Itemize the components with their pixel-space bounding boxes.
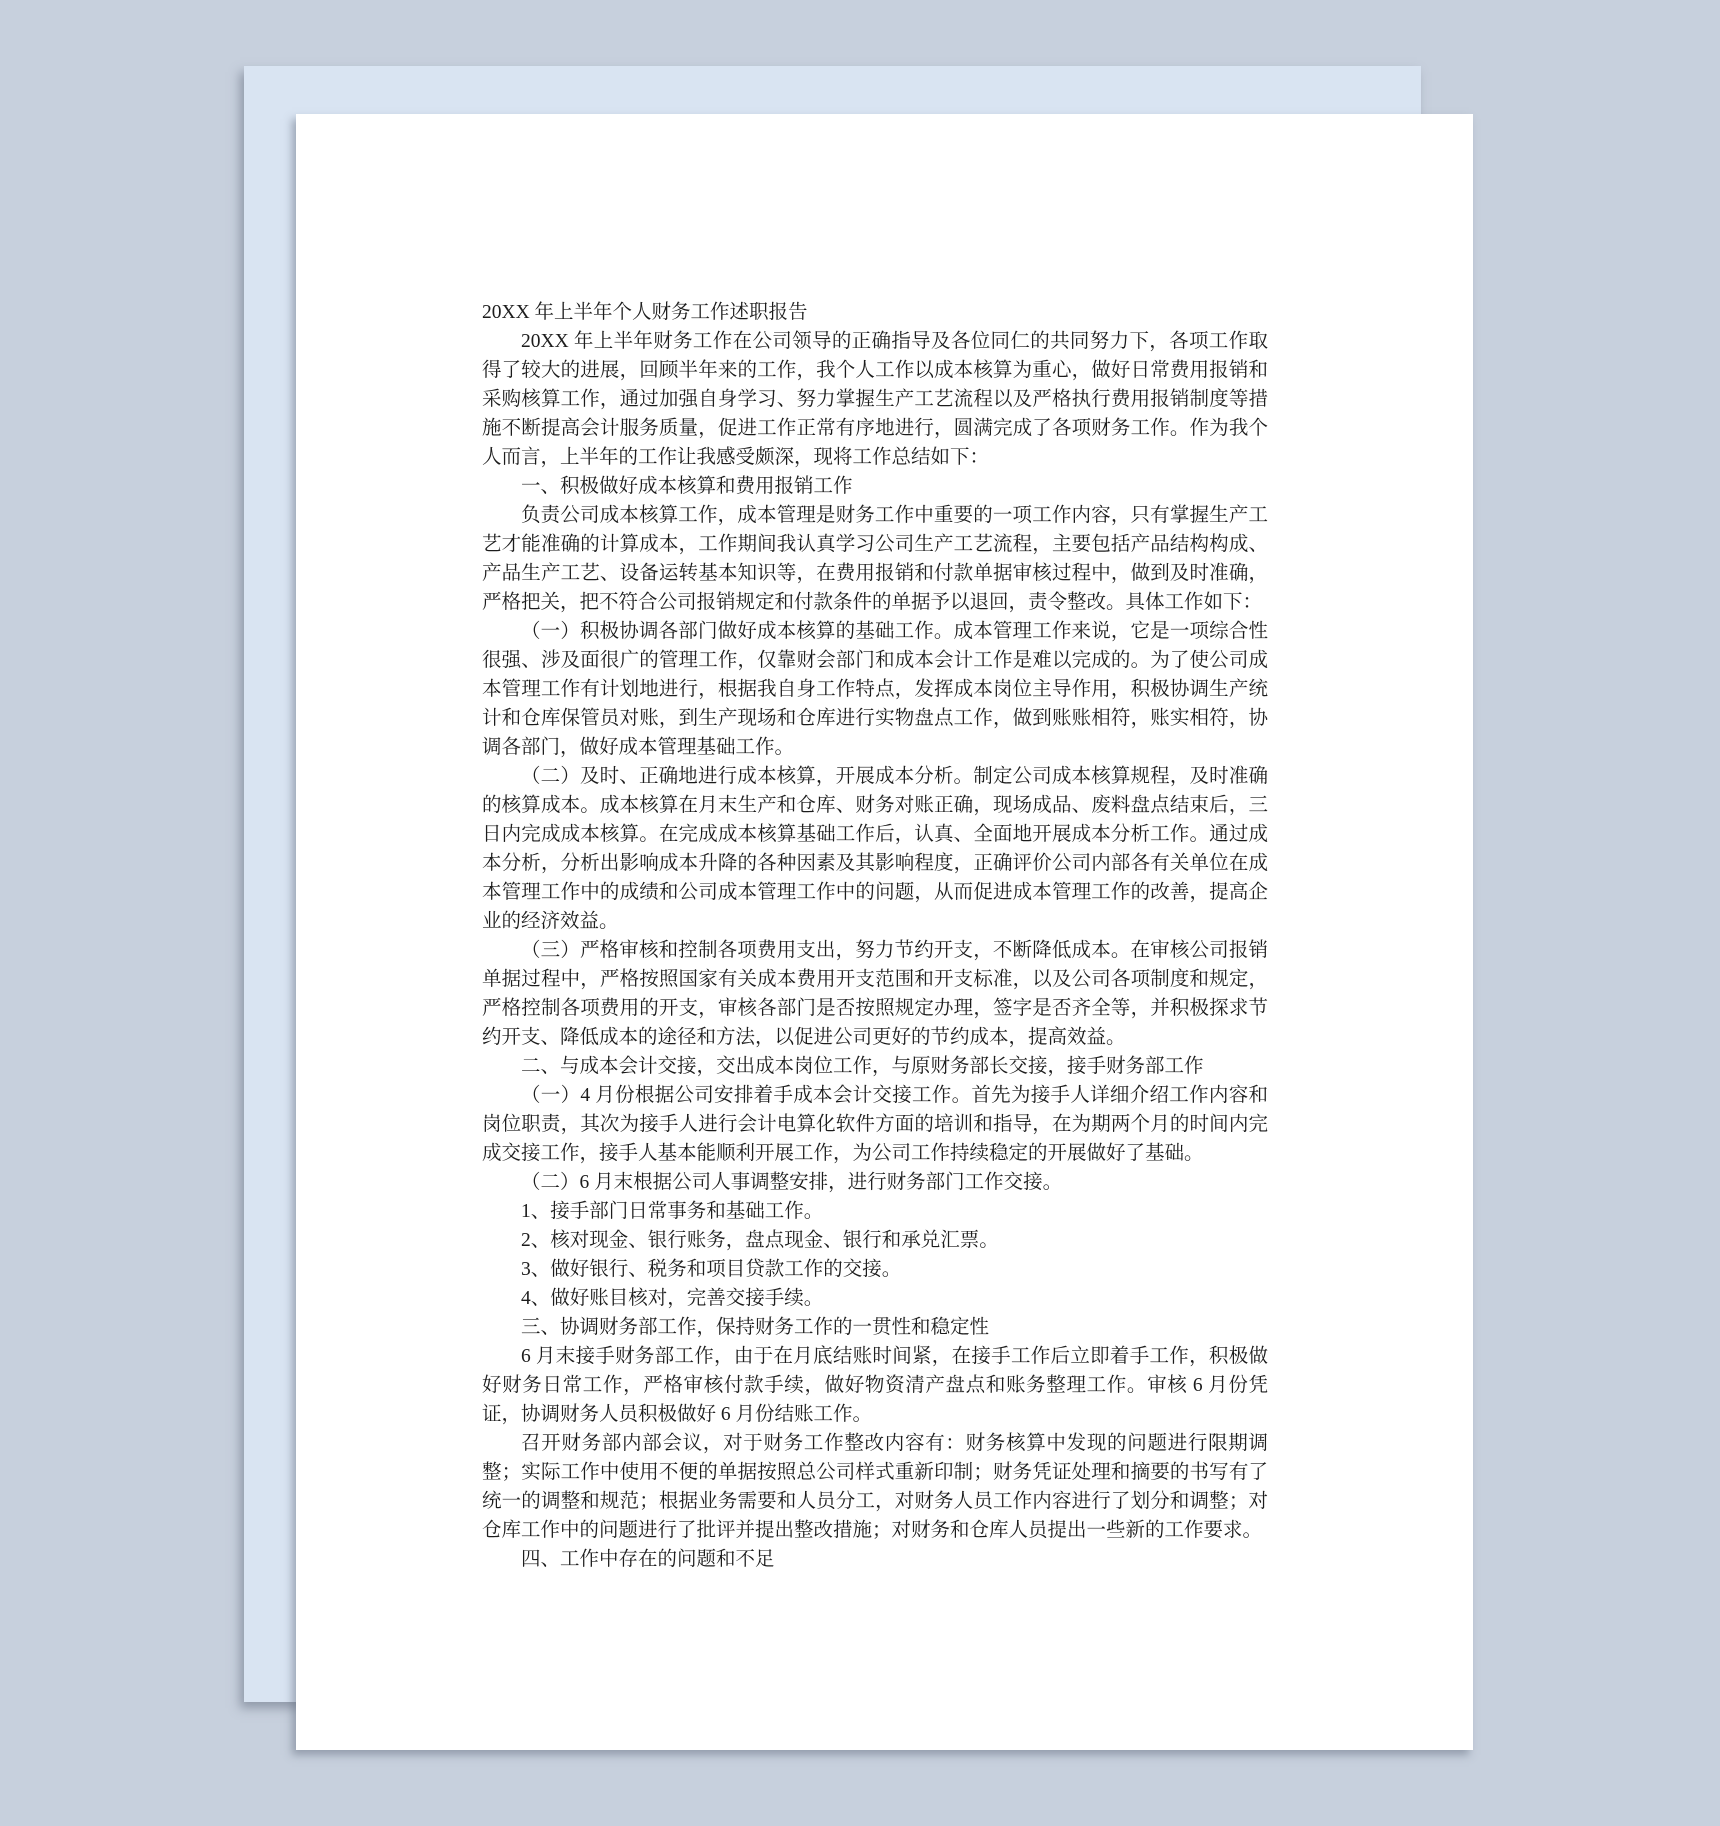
paragraph: 20XX 年上半年财务工作在公司领导的正确指导及各位同仁的共同努力下，各项工作取… bbox=[482, 327, 1268, 472]
paragraph: 召开财务部内部会议，对于财务工作整改内容有：财务核算中发现的问题进行限期调整；实… bbox=[482, 1429, 1268, 1545]
paragraph: 1、接手部门日常事务和基础工作。 bbox=[482, 1197, 1268, 1226]
section-heading: 四、工作中存在的问题和不足 bbox=[482, 1545, 1268, 1574]
section-heading: 二、与成本会计交接，交出成本岗位工作，与原财务部长交接，接手财务部工作 bbox=[482, 1052, 1268, 1081]
paragraph: （一）积极协调各部门做好成本核算的基础工作。成本管理工作来说，它是一项综合性很强… bbox=[482, 617, 1268, 762]
paragraph: 3、做好银行、税务和项目贷款工作的交接。 bbox=[482, 1255, 1268, 1284]
document-body: 20XX 年上半年财务工作在公司领导的正确指导及各位同仁的共同努力下，各项工作取… bbox=[482, 327, 1268, 1574]
paragraph: 6 月末接手财务部工作，由于在月底结账时间紧，在接手工作后立即着手工作，积极做好… bbox=[482, 1342, 1268, 1429]
paragraph: 2、核对现金、银行账务，盘点现金、银行和承兑汇票。 bbox=[482, 1226, 1268, 1255]
paragraph: （二）及时、正确地进行成本核算，开展成本分析。制定公司成本核算规程，及时准确的核… bbox=[482, 762, 1268, 936]
document-page: 20XX 年上半年个人财务工作述职报告 20XX 年上半年财务工作在公司领导的正… bbox=[296, 114, 1473, 1750]
document-title: 20XX 年上半年个人财务工作述职报告 bbox=[482, 298, 1268, 327]
paragraph: （一）4 月份根据公司安排着手成本会计交接工作。首先为接手人详细介绍工作内容和岗… bbox=[482, 1081, 1268, 1168]
paragraph: 4、做好账目核对，完善交接手续。 bbox=[482, 1284, 1268, 1313]
section-heading: 一、积极做好成本核算和费用报销工作 bbox=[482, 472, 1268, 501]
section-heading: 三、协调财务部工作，保持财务工作的一贯性和稳定性 bbox=[482, 1313, 1268, 1342]
paragraph: （二）6 月末根据公司人事调整安排，进行财务部门工作交接。 bbox=[482, 1168, 1268, 1197]
paragraph: （三）严格审核和控制各项费用支出，努力节约开支，不断降低成本。在审核公司报销单据… bbox=[482, 936, 1268, 1052]
paragraph: 负责公司成本核算工作，成本管理是财务工作中重要的一项工作内容，只有掌握生产工艺才… bbox=[482, 501, 1268, 617]
